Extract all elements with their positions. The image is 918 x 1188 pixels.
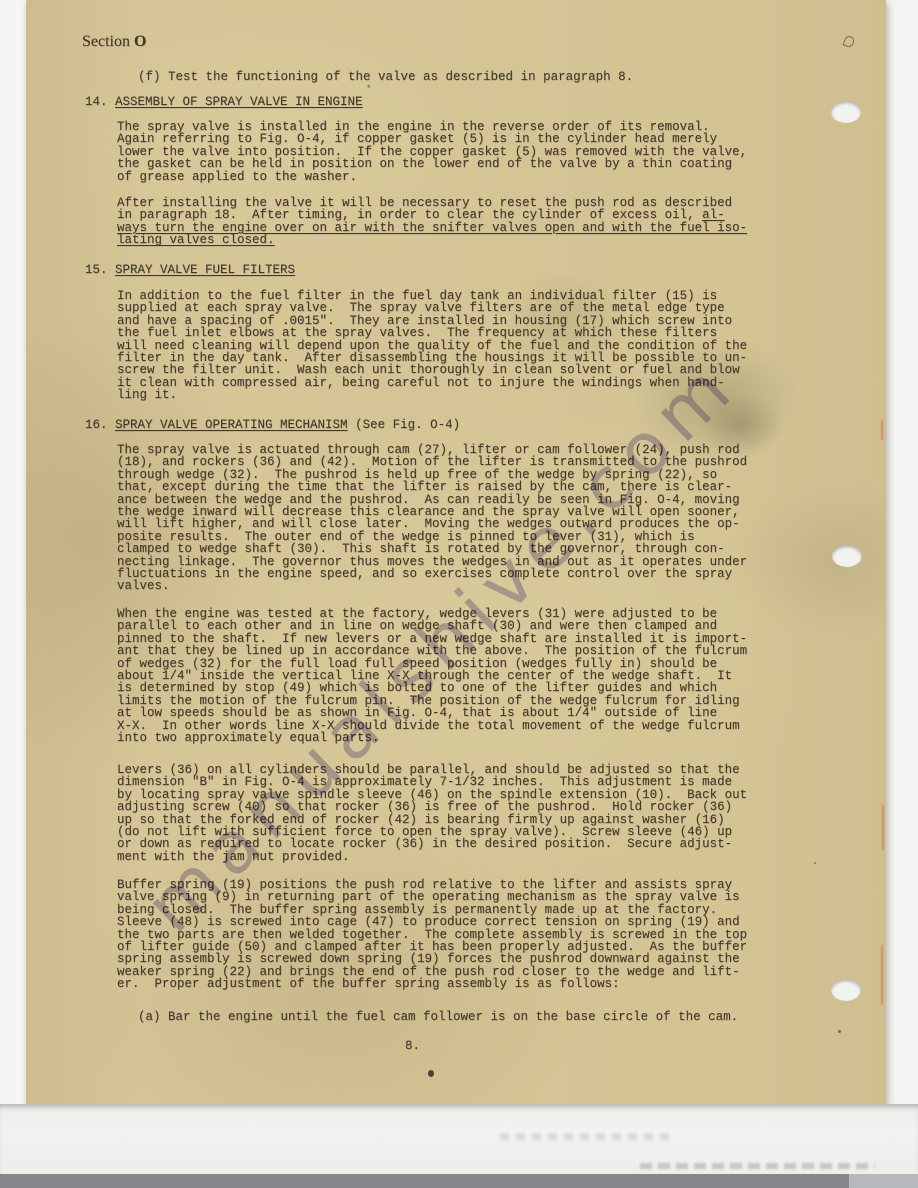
heading-16-title: SPRAY VALVE OPERATING MECHANISM xyxy=(115,418,348,432)
paragraph-14-2: After installing the valve it will be ne… xyxy=(117,197,747,247)
edge-mark xyxy=(882,805,884,850)
scanned-document-page: Section O (f) Test the functioning of th… xyxy=(0,0,918,1188)
paragraph-14-1: The spray valve is installed in the engi… xyxy=(117,121,747,183)
section-letter: O xyxy=(134,33,146,50)
ink-speck xyxy=(428,1070,434,1077)
edge-mark xyxy=(881,420,883,440)
edge-mark xyxy=(881,945,883,1005)
heading-14: 14. ASSEMBLY OF SPRAY VALVE IN ENGINE xyxy=(85,96,363,108)
ink-speck xyxy=(838,1030,841,1033)
item-f-line: (f) Test the functioning of the valve as… xyxy=(138,71,633,83)
item-a-line: (a) Bar the engine until the fuel cam fo… xyxy=(138,1011,738,1023)
punch-hole xyxy=(831,101,861,123)
paragraph-14-2-plain: After installing the valve it will be ne… xyxy=(117,196,732,222)
heading-14-number: 14. xyxy=(85,95,115,109)
pen-mark xyxy=(843,35,856,49)
heading-15: 15. SPRAY VALVE FUEL FILTERS xyxy=(85,264,295,276)
scan-edge-bar xyxy=(0,1174,849,1188)
section-header: Section O xyxy=(82,33,146,51)
stray-mark: * xyxy=(366,84,371,94)
heading-16-number: 16. xyxy=(85,418,115,432)
page-number: 8. xyxy=(405,1040,420,1052)
faint-footer-text xyxy=(640,1163,875,1169)
faint-pencil-smudge xyxy=(500,1133,670,1141)
scan-edge-bar-light xyxy=(849,1174,918,1188)
ink-speck xyxy=(814,862,816,864)
paper-sheet: Section O (f) Test the functioning of th… xyxy=(26,0,886,1104)
punch-hole xyxy=(832,545,862,567)
section-label: Section xyxy=(82,33,130,50)
heading-15-number: 15. xyxy=(85,263,115,277)
heading-15-title: SPRAY VALVE FUEL FILTERS xyxy=(115,263,295,277)
heading-16-suffix: (See Fig. O-4) xyxy=(348,418,461,432)
heading-14-title: ASSEMBLY OF SPRAY VALVE IN ENGINE xyxy=(115,95,363,109)
punch-hole xyxy=(831,979,861,1001)
heading-16: 16. SPRAY VALVE OPERATING MECHANISM (See… xyxy=(85,419,460,431)
